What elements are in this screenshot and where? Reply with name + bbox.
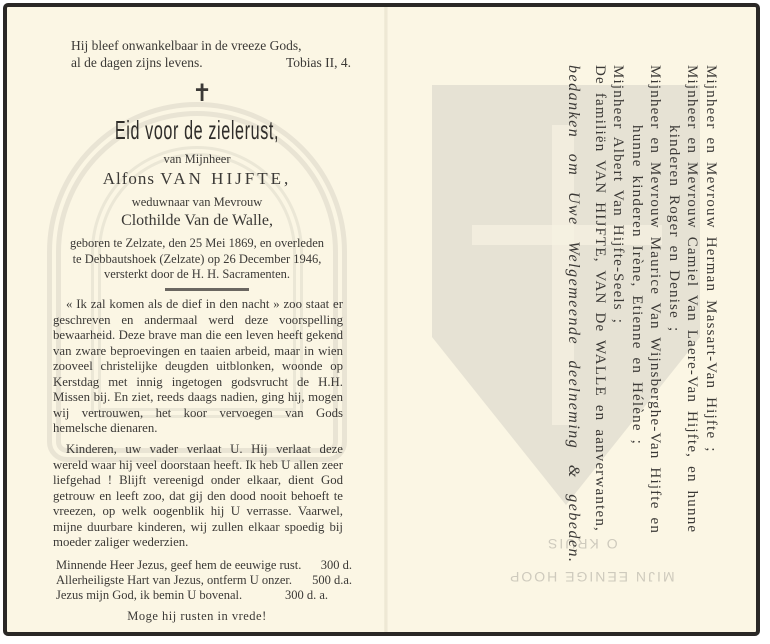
family-line: Mijnheer en Mevrouw Camiel Van Laere-Van… <box>683 65 702 605</box>
memorial-card: Hij bleef onwankelbaar in de vreeze Gods… <box>3 3 760 636</box>
family-line: De familiën VAN HIJFTE, VAN De WALLE en … <box>591 65 610 605</box>
last-name: VAN HIJFTE, <box>160 169 291 188</box>
prayer-indulgence: 300 d. <box>321 558 352 573</box>
prayer-item: Allerheiligste Hart van Jezus, ontferm U… <box>56 573 352 588</box>
widow-label: weduwnaar van Mevrouw <box>7 195 387 210</box>
left-panel: Hij bleef onwankelbaar in de vreeze Gods… <box>7 7 387 632</box>
prayer-indulgence: 300 d. a. <box>285 588 328 603</box>
acknowledgement-text: Mijnheer en Mevrouw Herman Massart-Van H… <box>564 65 720 605</box>
deceased-name: Alfons VAN HIJFTE, <box>7 169 387 189</box>
spouse-name: Clothilde Van de Walle, <box>7 212 387 230</box>
family-line: hunne kinderen Irène, Etienne en Hélène … <box>628 65 647 605</box>
born-line-1: geboren te Zelzate, den 25 Mei 1869, en … <box>7 236 387 252</box>
prayer-indulgence: 500 d.a. <box>312 573 352 588</box>
prayer-text: Minnende Heer Jezus, geef hem de eeuwige… <box>56 558 301 573</box>
eulogy-paragraph: « Ik zal komen als de dief in den nacht … <box>53 297 343 437</box>
motto-line-2: al de dagen zijns levens. <box>71 54 203 71</box>
card-title: Eid voor de zielerust, <box>79 115 315 146</box>
prayer-text: Allerheiligste Hart van Jezus, ontferm U… <box>56 573 292 588</box>
scripture-reference: Tobias II, 4. <box>286 54 351 71</box>
farewell-paragraph: Kinderen, uw vader verlaat U. Hij verlaa… <box>53 442 343 551</box>
scripture-motto: Hij bleef onwankelbaar in de vreeze Gods… <box>71 37 351 71</box>
family-line: kinderen Roger en Denise ; <box>665 65 684 605</box>
closing-line: Moge hij rusten in vrede! <box>7 609 387 624</box>
born-line-2: te Debbautshoek (Zelzate) op 26 December… <box>7 252 387 268</box>
prayer-item: Minnende Heer Jezus, geef hem de eeuwige… <box>56 558 352 573</box>
born-line-3: versterkt door de H. H. Sacramenten. <box>7 267 387 283</box>
thanks-line: bedanken om Uwe Welgemeende deelneming &… <box>564 65 583 605</box>
prayer-item: Jezus mijn God, ik bemin U bovenal. 300 … <box>56 588 352 603</box>
family-line: Mijnheer en Mevrouw Maurice Van Wijnsber… <box>646 65 665 605</box>
family-line: Mijnheer Albert Van Hijfte-Seels ; <box>609 65 628 605</box>
prayer-text: Jezus mijn God, ik bemin U bovenal. <box>56 588 242 603</box>
family-line: Mijnheer en Mevrouw Herman Massart-Van H… <box>702 65 721 605</box>
cross-icon: ✝ <box>192 79 212 108</box>
divider <box>165 288 249 291</box>
first-name: Alfons <box>103 169 155 188</box>
van-label: van Mijnheer <box>7 152 387 167</box>
prayer-list: Minnende Heer Jezus, geef hem de eeuwige… <box>56 558 352 603</box>
motto-line-1: Hij bleef onwankelbaar in de vreeze Gods… <box>71 37 351 54</box>
life-dates: geboren te Zelzate, den 25 Mei 1869, en … <box>7 236 387 283</box>
right-panel: O KRUIS MIJN EENIGE HOOP Mijnheer en Mev… <box>388 7 756 632</box>
